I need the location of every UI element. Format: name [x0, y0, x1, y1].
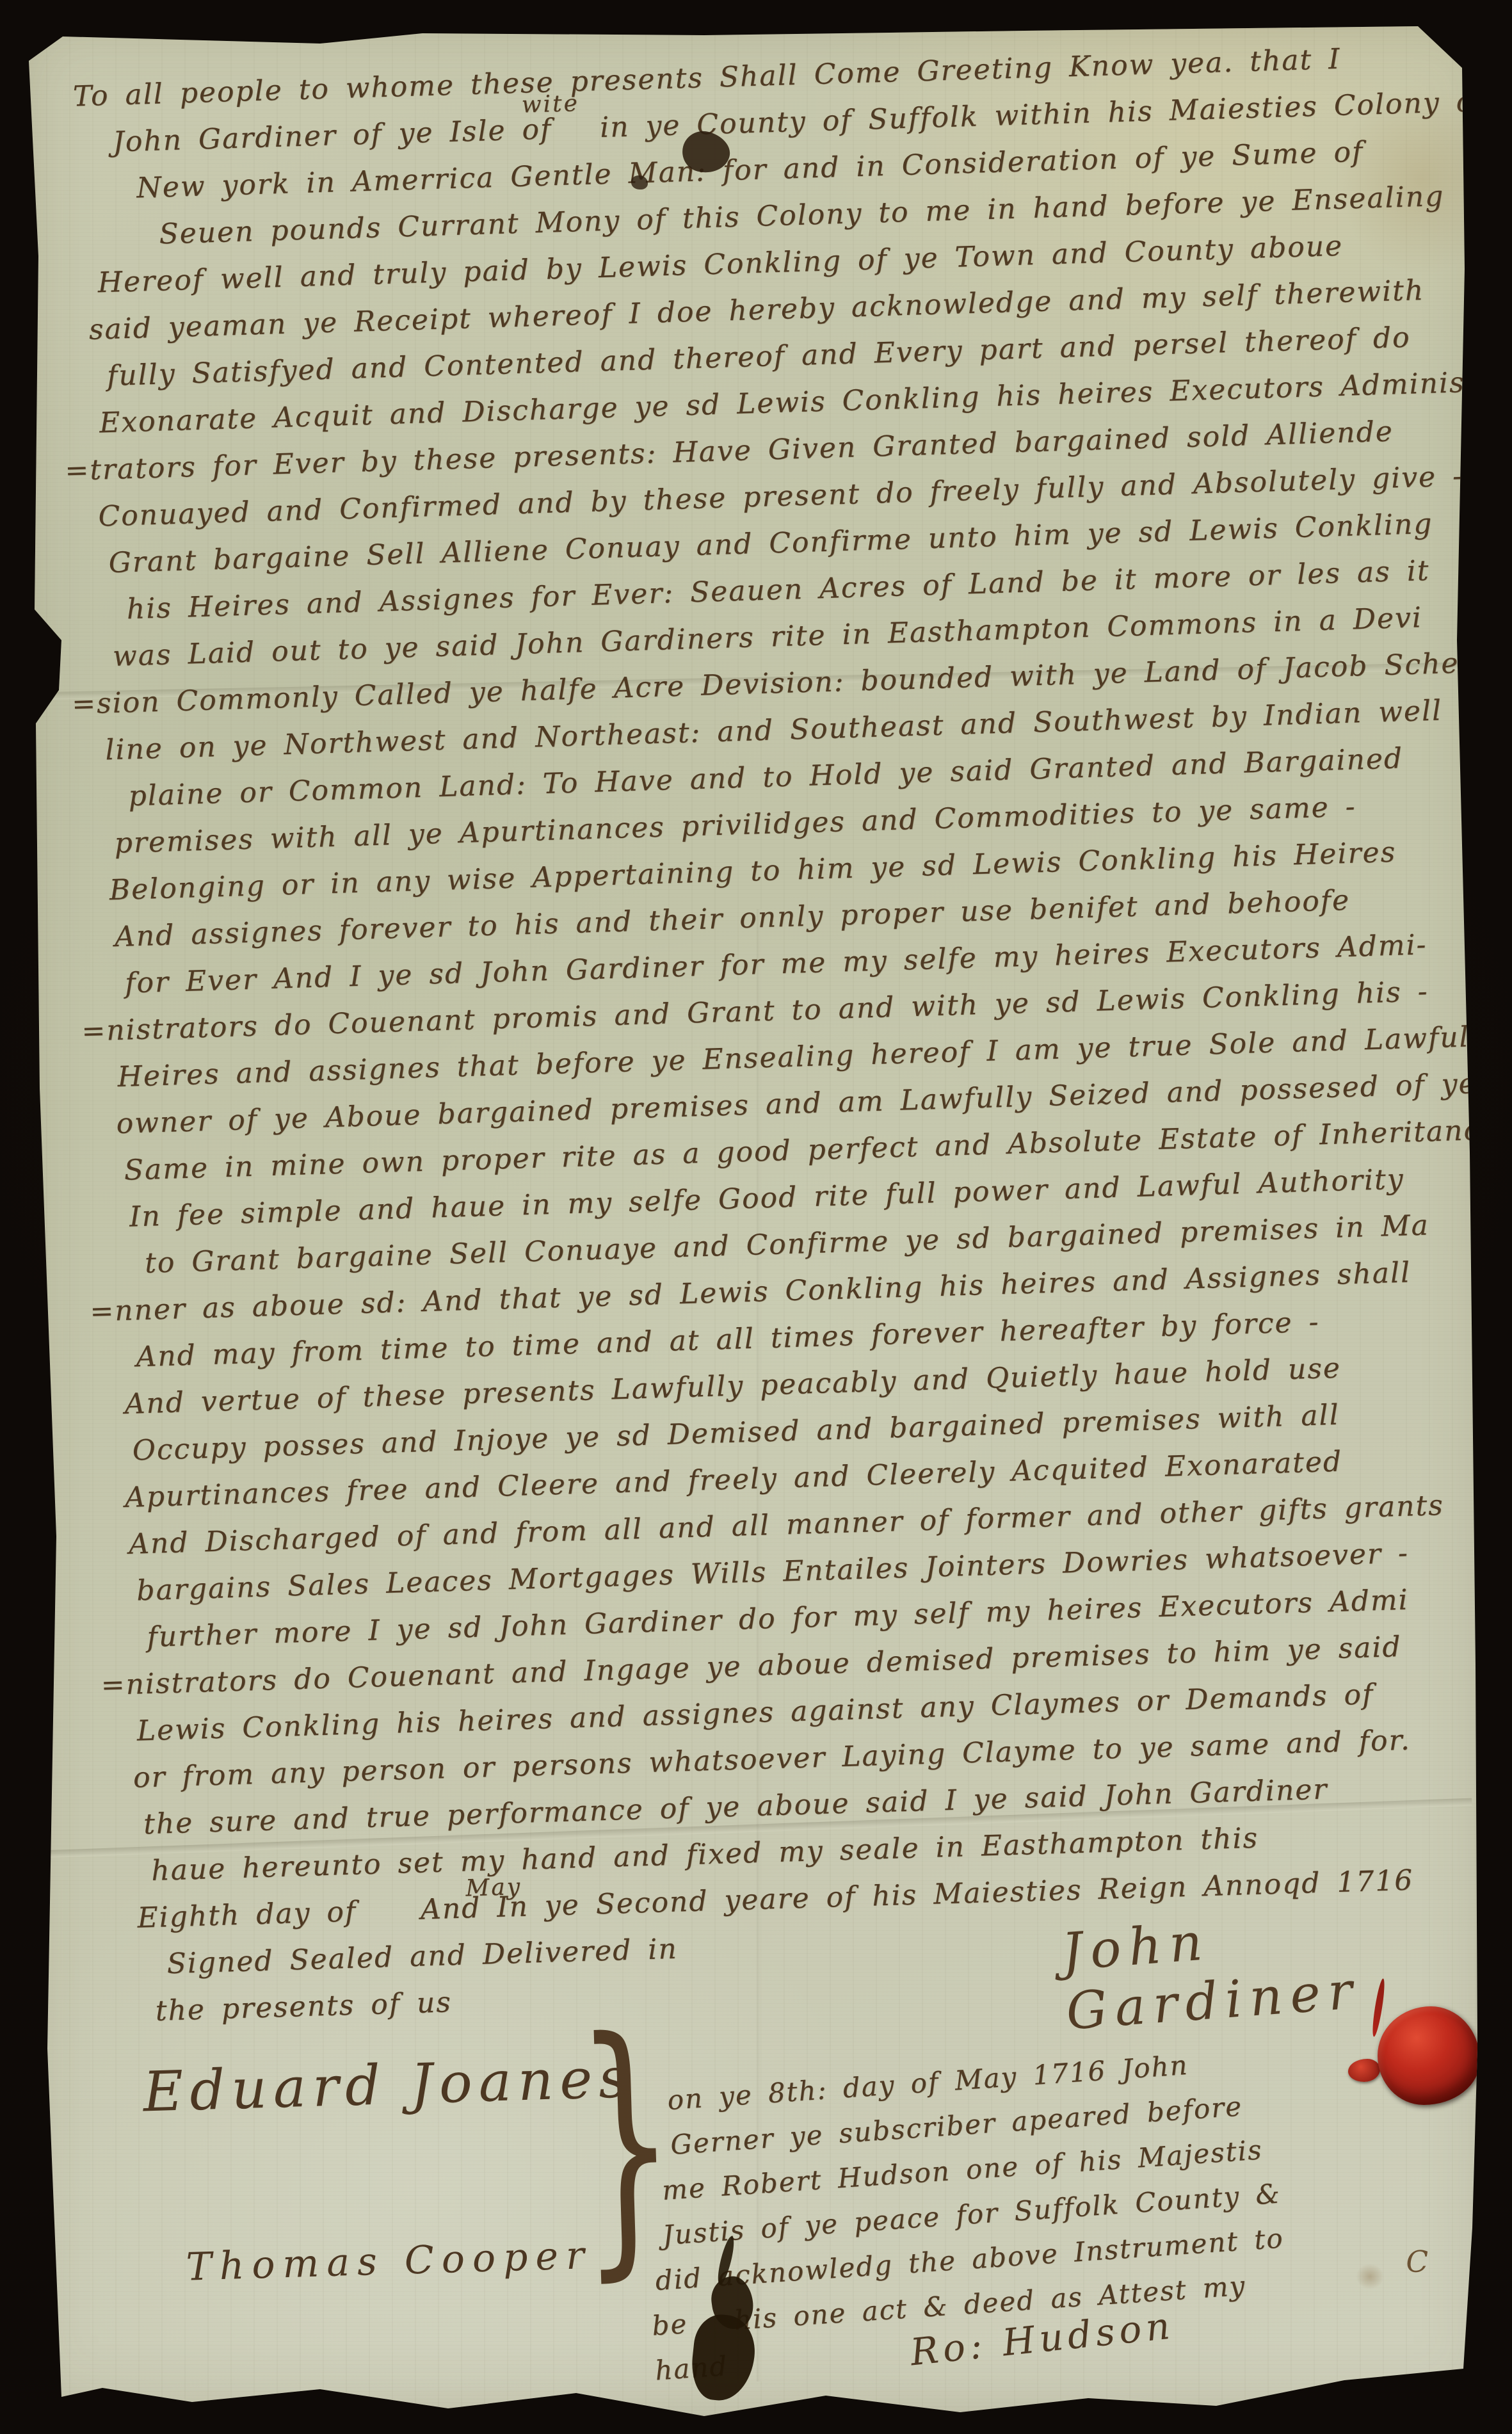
ink-blot	[631, 175, 648, 189]
witness-signature-thomas: Thomas Cooper	[186, 2233, 593, 2290]
wax-seal-body	[1378, 2006, 1480, 2105]
insertion-wite: wite	[521, 90, 579, 118]
paper-stain	[1480, 1607, 1490, 1616]
corner-mark: C	[1406, 2244, 1429, 2279]
photo-background: To all people to whome these presents Sh…	[0, 0, 1512, 2434]
insertion-may: May	[465, 1874, 522, 1902]
witness-signature-eduard: Eduard Joanes	[142, 2046, 634, 2125]
deed-body: To all people to whome these presents Sh…	[61, 33, 1504, 2036]
manuscript-text: To all people to whome these presents Sh…	[61, 33, 1504, 2036]
manuscript-sheet: To all people to whome these presents Sh…	[0, 0, 1512, 2434]
